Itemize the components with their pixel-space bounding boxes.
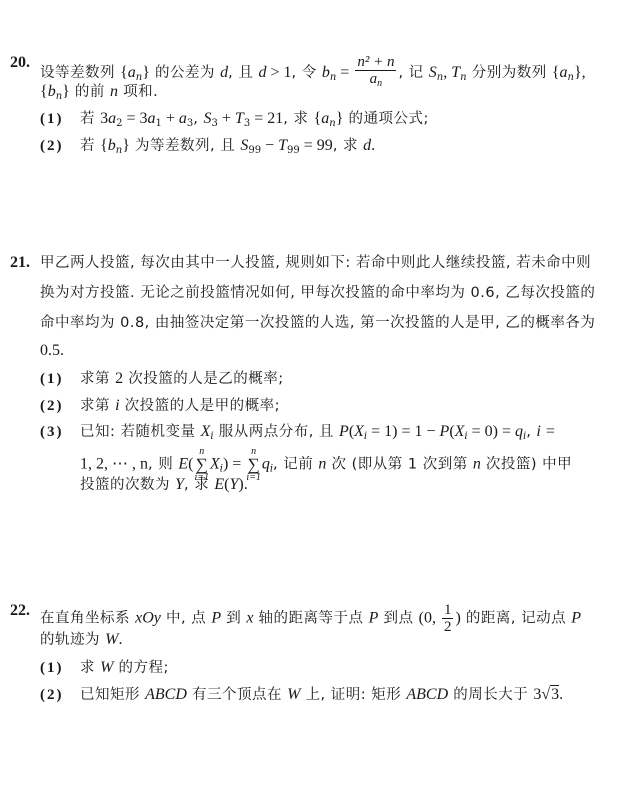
square-root: 3√3 <box>533 685 559 703</box>
sub-question-2: (2)若 {bn} 为等差数列, 且 S99 − T99 = 99, 求 d. <box>40 136 375 160</box>
problem-number: 22. <box>10 602 30 620</box>
problem-text-line: 命中率均为 0.8, 由抽签决定第一次投篮的人选, 第一次投篮的人是甲, 乙的概… <box>40 314 595 332</box>
sub-question-3: (3)已知: 若随机变量 Xi 服从两点分布, 且 P(Xi = 1) = 1 … <box>40 422 556 446</box>
problem-number: 20. <box>10 54 30 72</box>
sub-question-1: (1)若 3a2 = 3a1 + a3, S3 + T3 = 21, 求 {an… <box>40 109 429 133</box>
problem-number: 21. <box>10 254 30 272</box>
sub-question-2: (2)已知矩形 ABCD 有三个顶点在 W 上, 证明: 矩形 ABCD 的周长… <box>40 685 563 704</box>
sub-question-label: (1) <box>40 370 80 388</box>
sub-question-label: (2) <box>40 397 80 415</box>
problem-text-line: 0.5. <box>40 342 64 360</box>
fraction: 12 <box>442 602 454 635</box>
sub-question-label: (1) <box>40 110 80 128</box>
sub-question-label: (1) <box>40 659 80 677</box>
sub-question-label: (2) <box>40 686 80 704</box>
sub-question-3-cont: 投篮的次数为 Y, 求 E(Y). <box>80 475 248 494</box>
problem-text-line: 的轨迹为 W. <box>40 630 122 649</box>
sub-question-1: (1)求 W 的方程; <box>40 658 169 677</box>
sub-question-label: (3) <box>40 423 80 441</box>
fraction: n² + nan <box>355 54 396 92</box>
problem-text-line: {bn} 的前 n 项和. <box>40 82 158 106</box>
summation: n∑i=1 <box>246 446 261 483</box>
problem-text-line: 甲乙两人投篮, 每次由其中一人投篮, 规则如下: 若命中则此人继续投篮, 若未命… <box>40 254 591 272</box>
sub-question-2: (2)求第 i 次投篮的人是甲的概率; <box>40 396 280 415</box>
sub-question-label: (2) <box>40 137 80 155</box>
problem-text-line: 换为对方投篮. 无论之前投篮情况如何, 甲每次投篮的命中率均为 0.6, 乙每次… <box>40 284 595 302</box>
sub-question-1: (1)求第 2 次投篮的人是乙的概率; <box>40 369 284 388</box>
